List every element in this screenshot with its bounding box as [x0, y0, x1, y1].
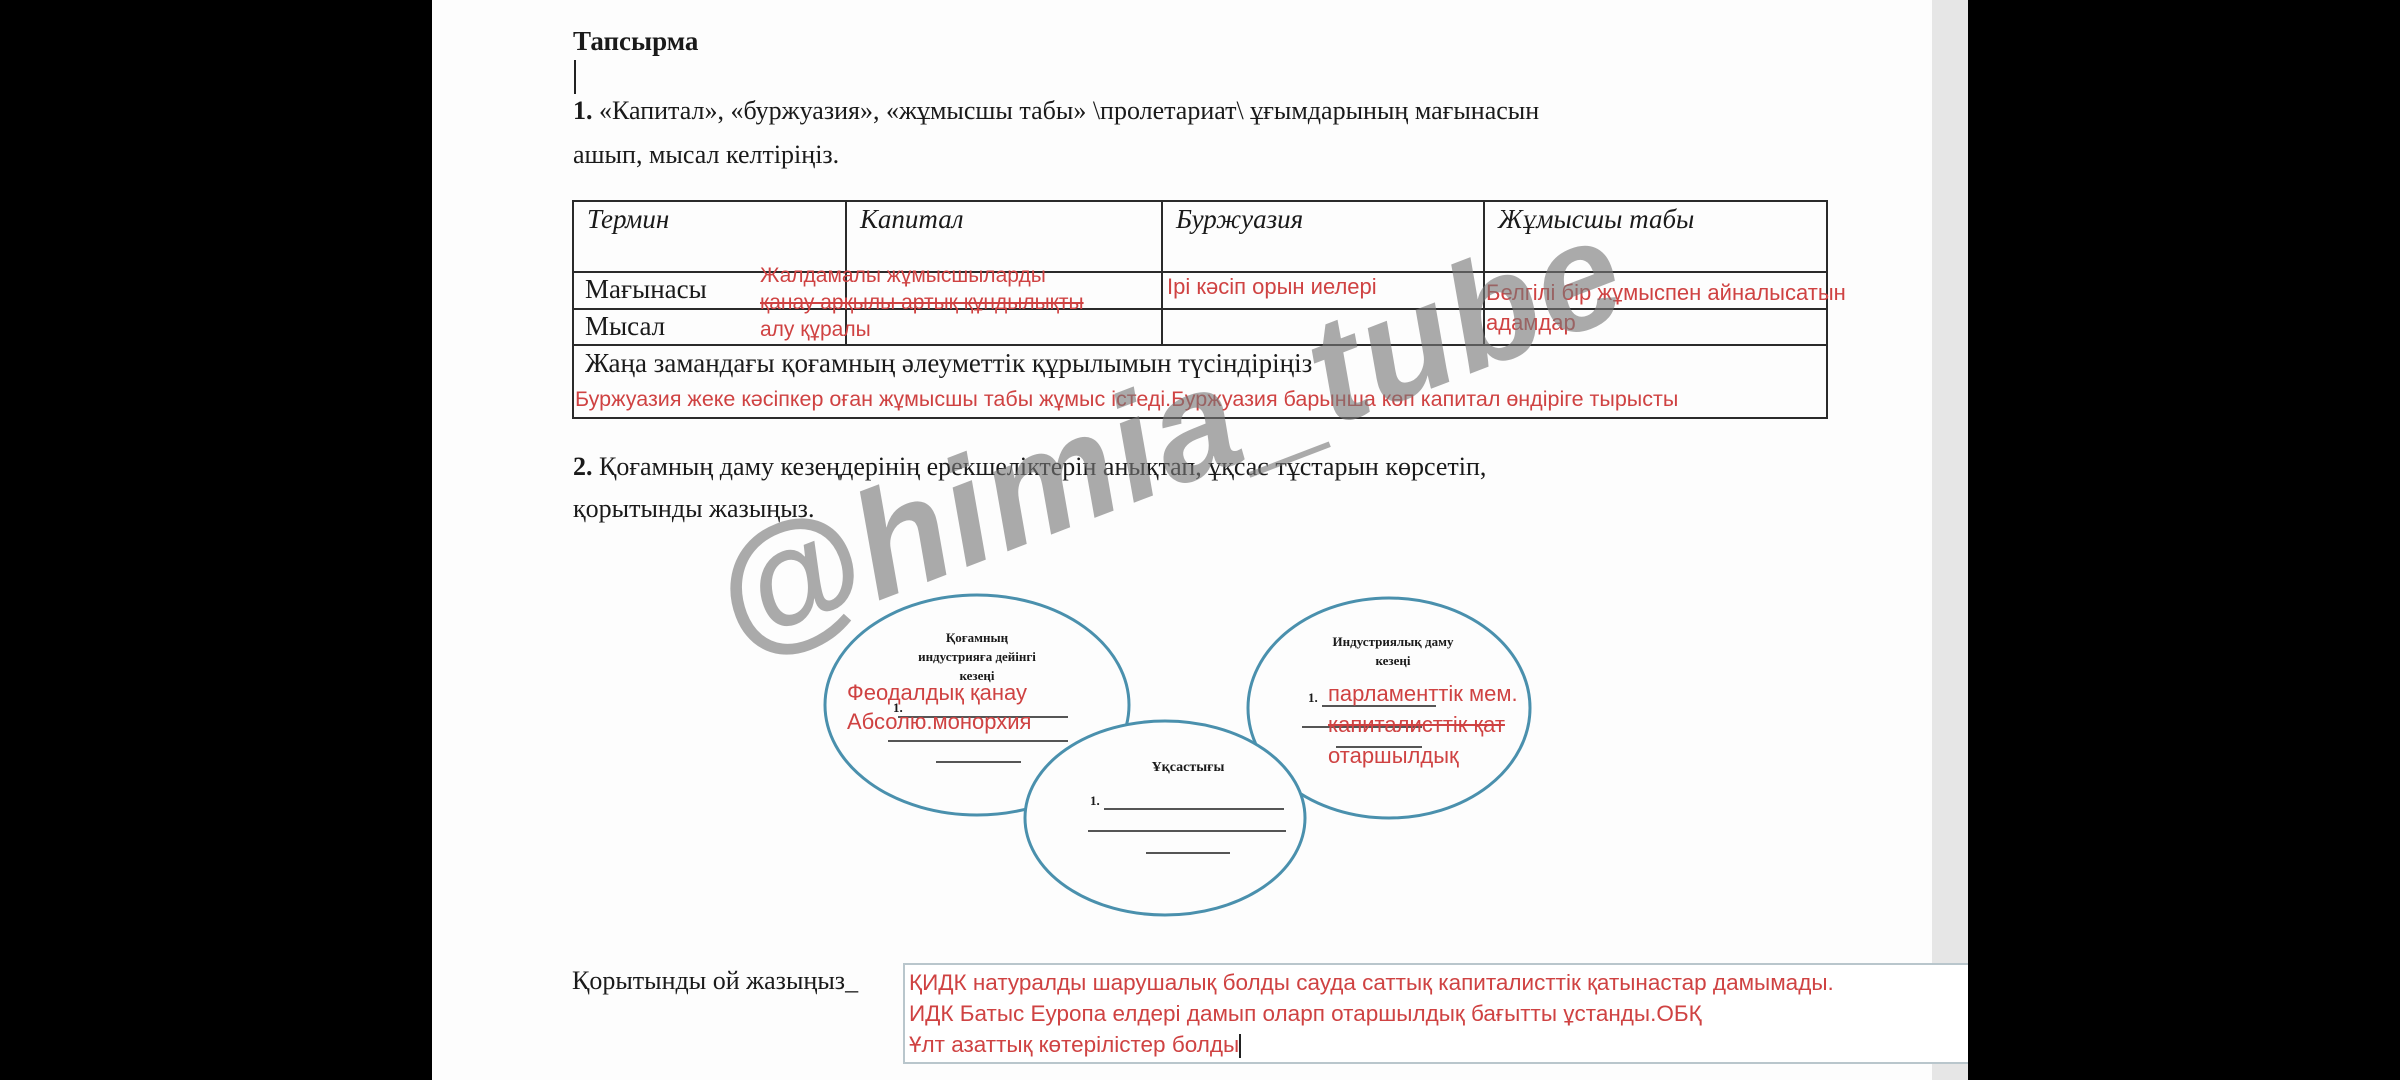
- venn-diagram: [0, 0, 2400, 1080]
- text-cursor: [1239, 1034, 1241, 1058]
- conclusion-answer-text[interactable]: ҚИДК натуралды шарушалық болды сауда сат…: [909, 967, 1834, 1060]
- conclusion-label: Қорытынды ой жазыңыз_: [572, 966, 858, 996]
- left-circle-answers[interactable]: Феодалдық қанау Абсолю.монорхия: [847, 678, 1031, 736]
- right-circle-title: Индустриялық даму кезеңі: [1333, 632, 1454, 670]
- right-circle-answers[interactable]: парламенттік мем. капиталисттік қат отар…: [1328, 678, 1518, 771]
- conclusion-answer-box[interactable]: ҚИДК натуралды шарушалық болды сауда сат…: [903, 963, 1968, 1064]
- right-item-number: 1.: [1308, 690, 1318, 706]
- center-item-number: 1.: [1090, 793, 1100, 809]
- center-circle-title: Ұқсастығы: [1152, 760, 1225, 776]
- left-circle-title: Қоғамның индустрияға дейінгі кезеңі: [918, 628, 1036, 685]
